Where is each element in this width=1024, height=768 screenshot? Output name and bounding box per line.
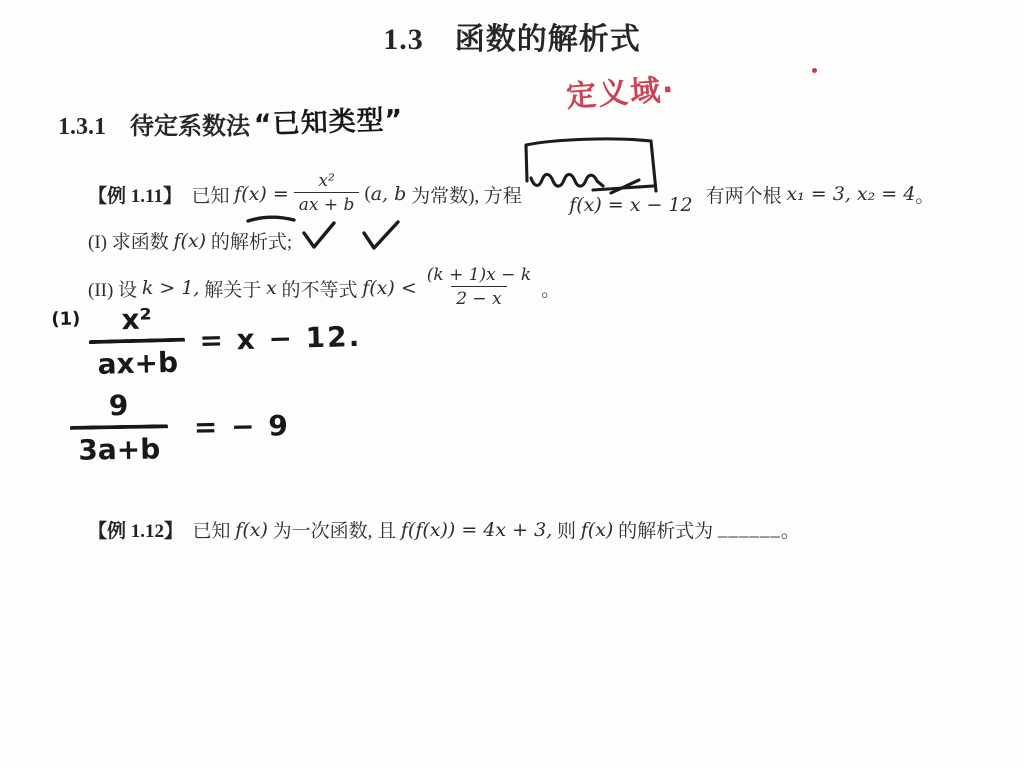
- handwritten-work-line-2: 9 3a+b = − 9: [69, 388, 290, 467]
- part-text: (I) 求函数: [88, 227, 173, 254]
- handwritten-fraction: x² ax+b: [88, 304, 186, 382]
- fraction-denominator: 2 − x: [451, 286, 506, 311]
- box-top-stroke: [526, 139, 651, 145]
- scanned-textbook-page: 1.3 函数的解析式 定义域· 1.3.1 待定系数法 “已知类型” 【例 1.…: [0, 0, 1024, 768]
- statement-text: 则: [552, 516, 581, 543]
- statement-end: 。: [915, 181, 934, 208]
- part-end: 。: [541, 275, 560, 302]
- fx-symbol: f(x): [235, 519, 268, 541]
- statement-text: 为常数), 方程: [406, 181, 522, 208]
- part-text: (II) 设: [88, 275, 142, 302]
- part-text: 的不等式: [277, 275, 363, 302]
- example-1-11-statement: 【例 1.11】 已知 f(x) = x² ax + b ( a, b 为常数)…: [88, 165, 934, 223]
- function-equation: f(x) =: [234, 183, 289, 205]
- section-heading: 1.3.1 待定系数法 “已知类型”: [58, 106, 404, 145]
- boxed-equation-text: f(x) = x − 12: [569, 194, 692, 216]
- squiggle-underline: [531, 174, 603, 186]
- box-right-stroke: [651, 141, 656, 191]
- check-mark-icon: [364, 222, 398, 248]
- fraction-denominator: ax+b: [89, 337, 187, 381]
- statement-text: 的解析式为: [613, 516, 718, 543]
- statement-end: 。: [781, 516, 800, 543]
- arrow-stroke: [611, 180, 639, 193]
- fraction-denominator: 3a+b: [70, 424, 169, 467]
- bottom-stroke: [593, 186, 653, 190]
- constants-ab: a, b: [371, 183, 407, 205]
- handwritten-fraction: 9 3a+b: [69, 390, 168, 467]
- section-heading-text: 1.3.1 待定系数法: [58, 106, 250, 141]
- red-domain-note: 定义域·: [565, 64, 677, 116]
- part-text: 的解析式;: [206, 227, 292, 254]
- fraction-numerator: x²: [313, 171, 339, 192]
- composite-equation: f(f(x)) = 4x + 3,: [401, 519, 552, 541]
- fraction-numerator: (k + 1)x − k: [422, 265, 536, 286]
- example-1-12-statement: 【例 1.12】 已知 f(x) 为一次函数, 且 f(f(x)) = 4x +…: [88, 516, 800, 543]
- statement-text: 已知: [183, 516, 235, 543]
- example-1-11-part-1: (I) 求函数 f(x) 的解析式;: [88, 227, 292, 254]
- fraction-denominator: ax + b: [294, 192, 360, 217]
- check-mark-icon: [304, 223, 334, 247]
- roots-values: x₁ = 3, x₂ = 4: [786, 183, 915, 205]
- answer-blank: ______: [718, 519, 781, 541]
- k-condition: k > 1,: [142, 277, 200, 299]
- x-symbol: x: [266, 277, 277, 299]
- fraction: (k + 1)x − k 2 − x: [422, 265, 536, 311]
- part-text: 解关于: [199, 275, 266, 302]
- box-left-stroke: [526, 146, 527, 181]
- hand-drawn-box-icon: [515, 133, 671, 197]
- inequality-lhs: f(x) <: [362, 277, 417, 299]
- statement-text: 有两个根: [706, 181, 787, 208]
- example-label: 【例 1.12】: [88, 516, 183, 543]
- statement-text: 为一次函数, 且: [268, 516, 401, 543]
- fx-symbol: f(x): [581, 519, 614, 541]
- fx-symbol: f(x): [173, 230, 206, 252]
- handwritten-type-note: “已知类型”: [253, 97, 404, 141]
- boxed-equation: f(x) = x − 12: [525, 148, 703, 240]
- work-step-label: (1): [51, 308, 81, 330]
- handwritten-work-line-1: (1) x² ax+b = x − 12.: [51, 299, 362, 382]
- equation-rhs: = − 9: [194, 409, 290, 444]
- red-dot-mark: [812, 68, 817, 73]
- example-label: 【例 1.11】: [88, 181, 182, 208]
- page-title: 1.3 函数的解析式: [0, 14, 1024, 58]
- fraction: x² ax + b: [294, 171, 360, 217]
- fraction-numerator: x²: [111, 304, 162, 339]
- equation-rhs: = x − 12.: [199, 320, 362, 357]
- statement-text: 已知: [182, 181, 234, 208]
- fraction-numerator: 9: [99, 391, 139, 425]
